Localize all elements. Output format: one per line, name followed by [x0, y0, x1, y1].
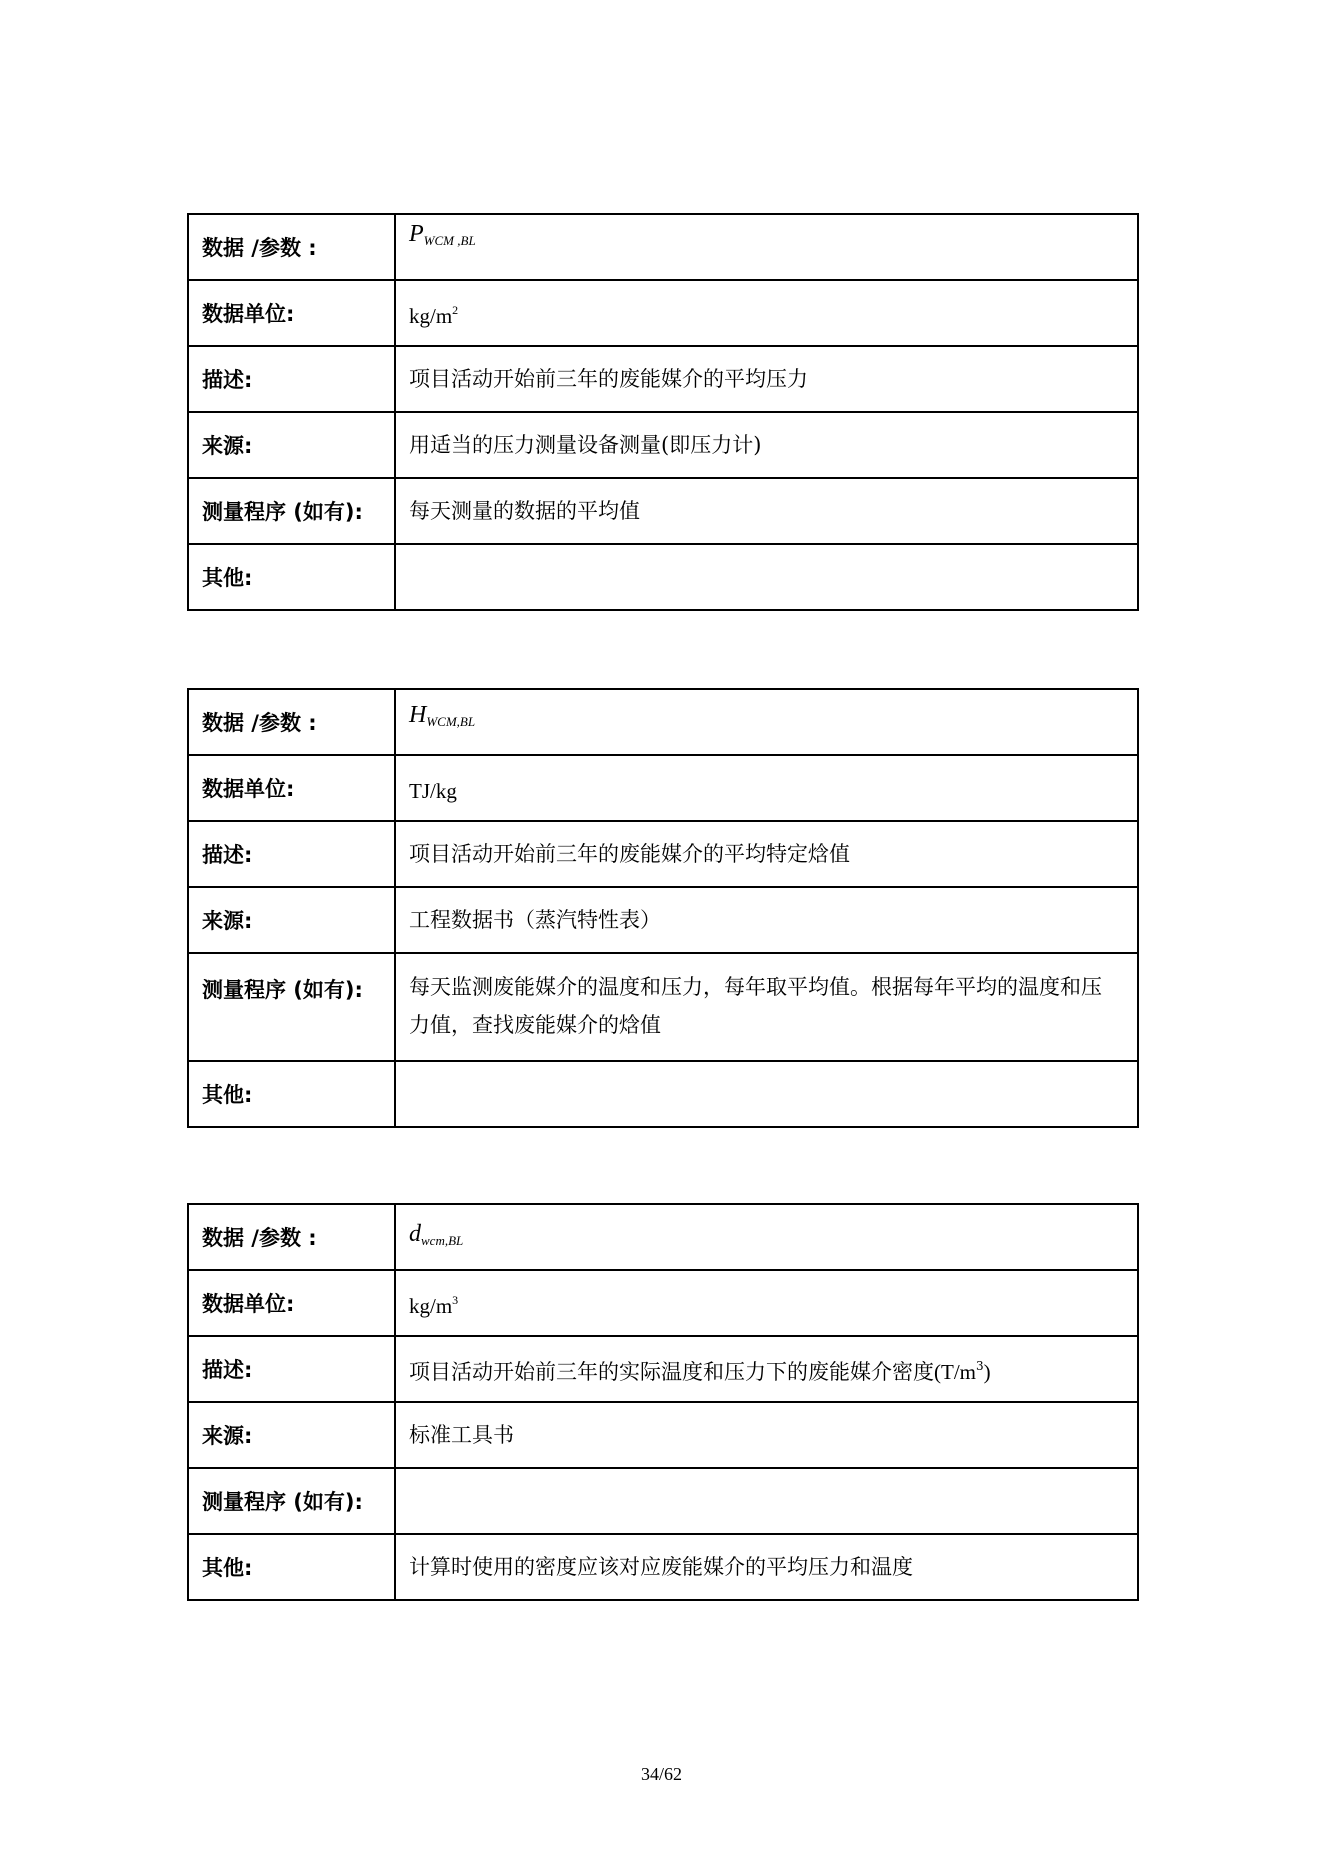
row-procedure: 测量程序 (如有): 每天监测废能媒介的温度和压力，每年取平均值。根据每年平均的… [188, 953, 1138, 1061]
parameter-symbol: dwcm,BL [409, 1221, 463, 1247]
label-source: 来源: [188, 887, 395, 953]
label-description: 描述: [188, 1336, 395, 1402]
symbol-subscript: WCM ,BL [424, 233, 476, 248]
value-procedure: 每天监测废能媒介的温度和压力，每年取平均值。根据每年平均的温度和压力值，查找废能… [395, 953, 1138, 1061]
symbol-main: P [409, 221, 424, 247]
row-source: 来源: 用适当的压力测量设备测量(即压力计) [188, 412, 1138, 478]
label-unit: 数据单位: [188, 1270, 395, 1336]
label-description: 描述: [188, 346, 395, 412]
unit-base: TJ/kg [409, 779, 457, 803]
parameter-symbol: PWCM ,BL [409, 221, 476, 247]
label-procedure: 测量程序 (如有): [188, 953, 395, 1061]
symbol-main: d [409, 1221, 421, 1247]
value-other: 计算时使用的密度应该对应废能媒介的平均压力和温度 [395, 1534, 1138, 1600]
label-description: 描述: [188, 821, 395, 887]
symbol-subscript: wcm,BL [421, 1233, 463, 1248]
row-parameter: 数据 /参数 : HWCM,BL [188, 689, 1138, 755]
label-procedure: 测量程序 (如有): [188, 478, 395, 544]
row-description: 描述: 项目活动开始前三年的实际温度和压力下的废能媒介密度(T/m3) [188, 1336, 1138, 1402]
row-procedure: 测量程序 (如有): 每天测量的数据的平均值 [188, 478, 1138, 544]
value-description: 项目活动开始前三年的废能媒介的平均压力 [395, 346, 1138, 412]
label-other: 其他: [188, 544, 395, 610]
row-other: 其他: [188, 1061, 1138, 1127]
row-unit: 数据单位: TJ/kg [188, 755, 1138, 821]
value-other [395, 544, 1138, 610]
value-description: 项目活动开始前三年的废能媒介的平均特定焓值 [395, 821, 1138, 887]
label-procedure: 测量程序 (如有): [188, 1468, 395, 1534]
value-source: 工程数据书（蒸汽特性表） [395, 887, 1138, 953]
page-number: 34/62 [0, 1764, 1323, 1785]
row-other: 其他: [188, 544, 1138, 610]
parameter-symbol: HWCM,BL [409, 702, 475, 728]
value-parameter: PWCM ,BL [395, 214, 1138, 280]
parameter-table-h-wcm-bl: 数据 /参数 : HWCM,BL 数据单位: TJ/kg 描述: 项目活动开始前… [187, 688, 1139, 1128]
value-source: 用适当的压力测量设备测量(即压力计) [395, 412, 1138, 478]
unit-base: kg/m [409, 304, 452, 328]
unit-base: kg/m [409, 1294, 452, 1318]
value-procedure [395, 1468, 1138, 1534]
value-description: 项目活动开始前三年的实际温度和压力下的废能媒介密度(T/m3) [395, 1336, 1138, 1402]
row-unit: 数据单位: kg/m2 [188, 280, 1138, 346]
row-description: 描述: 项目活动开始前三年的废能媒介的平均压力 [188, 346, 1138, 412]
row-description: 描述: 项目活动开始前三年的废能媒介的平均特定焓值 [188, 821, 1138, 887]
value-unit: TJ/kg [395, 755, 1138, 821]
parameter-table-p-wcm-bl: 数据 /参数 : PWCM ,BL 数据单位: kg/m2 描述: 项目活动开始… [187, 213, 1139, 611]
symbol-main: H [409, 702, 426, 728]
description-text: 项目活动开始前三年的实际温度和压力下的废能媒介密度 [409, 1360, 934, 1384]
value-parameter: HWCM,BL [395, 689, 1138, 755]
value-procedure: 每天测量的数据的平均值 [395, 478, 1138, 544]
value-source: 标准工具书 [395, 1402, 1138, 1468]
row-procedure: 测量程序 (如有): [188, 1468, 1138, 1534]
row-unit: 数据单位: kg/m3 [188, 1270, 1138, 1336]
row-other: 其他: 计算时使用的密度应该对应废能媒介的平均压力和温度 [188, 1534, 1138, 1600]
symbol-subscript: WCM,BL [426, 714, 475, 729]
label-source: 来源: [188, 412, 395, 478]
row-parameter: 数据 /参数 : PWCM ,BL [188, 214, 1138, 280]
label-parameter: 数据 /参数 : [188, 214, 395, 280]
description-unit: (T/m [934, 1360, 976, 1384]
label-parameter: 数据 /参数 : [188, 689, 395, 755]
label-unit: 数据单位: [188, 755, 395, 821]
unit-exponent: 3 [452, 1293, 458, 1307]
value-unit: kg/m2 [395, 280, 1138, 346]
row-source: 来源: 工程数据书（蒸汽特性表） [188, 887, 1138, 953]
value-parameter: dwcm,BL [395, 1204, 1138, 1270]
label-other: 其他: [188, 1534, 395, 1600]
value-unit: kg/m3 [395, 1270, 1138, 1336]
unit-exponent: 2 [452, 303, 458, 317]
value-other [395, 1061, 1138, 1127]
parameter-table-d-wcm-bl: 数据 /参数 : dwcm,BL 数据单位: kg/m3 描述: 项目活动开始前… [187, 1203, 1139, 1601]
description-unit-exponent: 3 [976, 1359, 984, 1373]
label-source: 来源: [188, 1402, 395, 1468]
label-other: 其他: [188, 1061, 395, 1127]
label-parameter: 数据 /参数 : [188, 1204, 395, 1270]
row-source: 来源: 标准工具书 [188, 1402, 1138, 1468]
description-unit-close: ) [984, 1360, 991, 1384]
label-unit: 数据单位: [188, 280, 395, 346]
row-parameter: 数据 /参数 : dwcm,BL [188, 1204, 1138, 1270]
